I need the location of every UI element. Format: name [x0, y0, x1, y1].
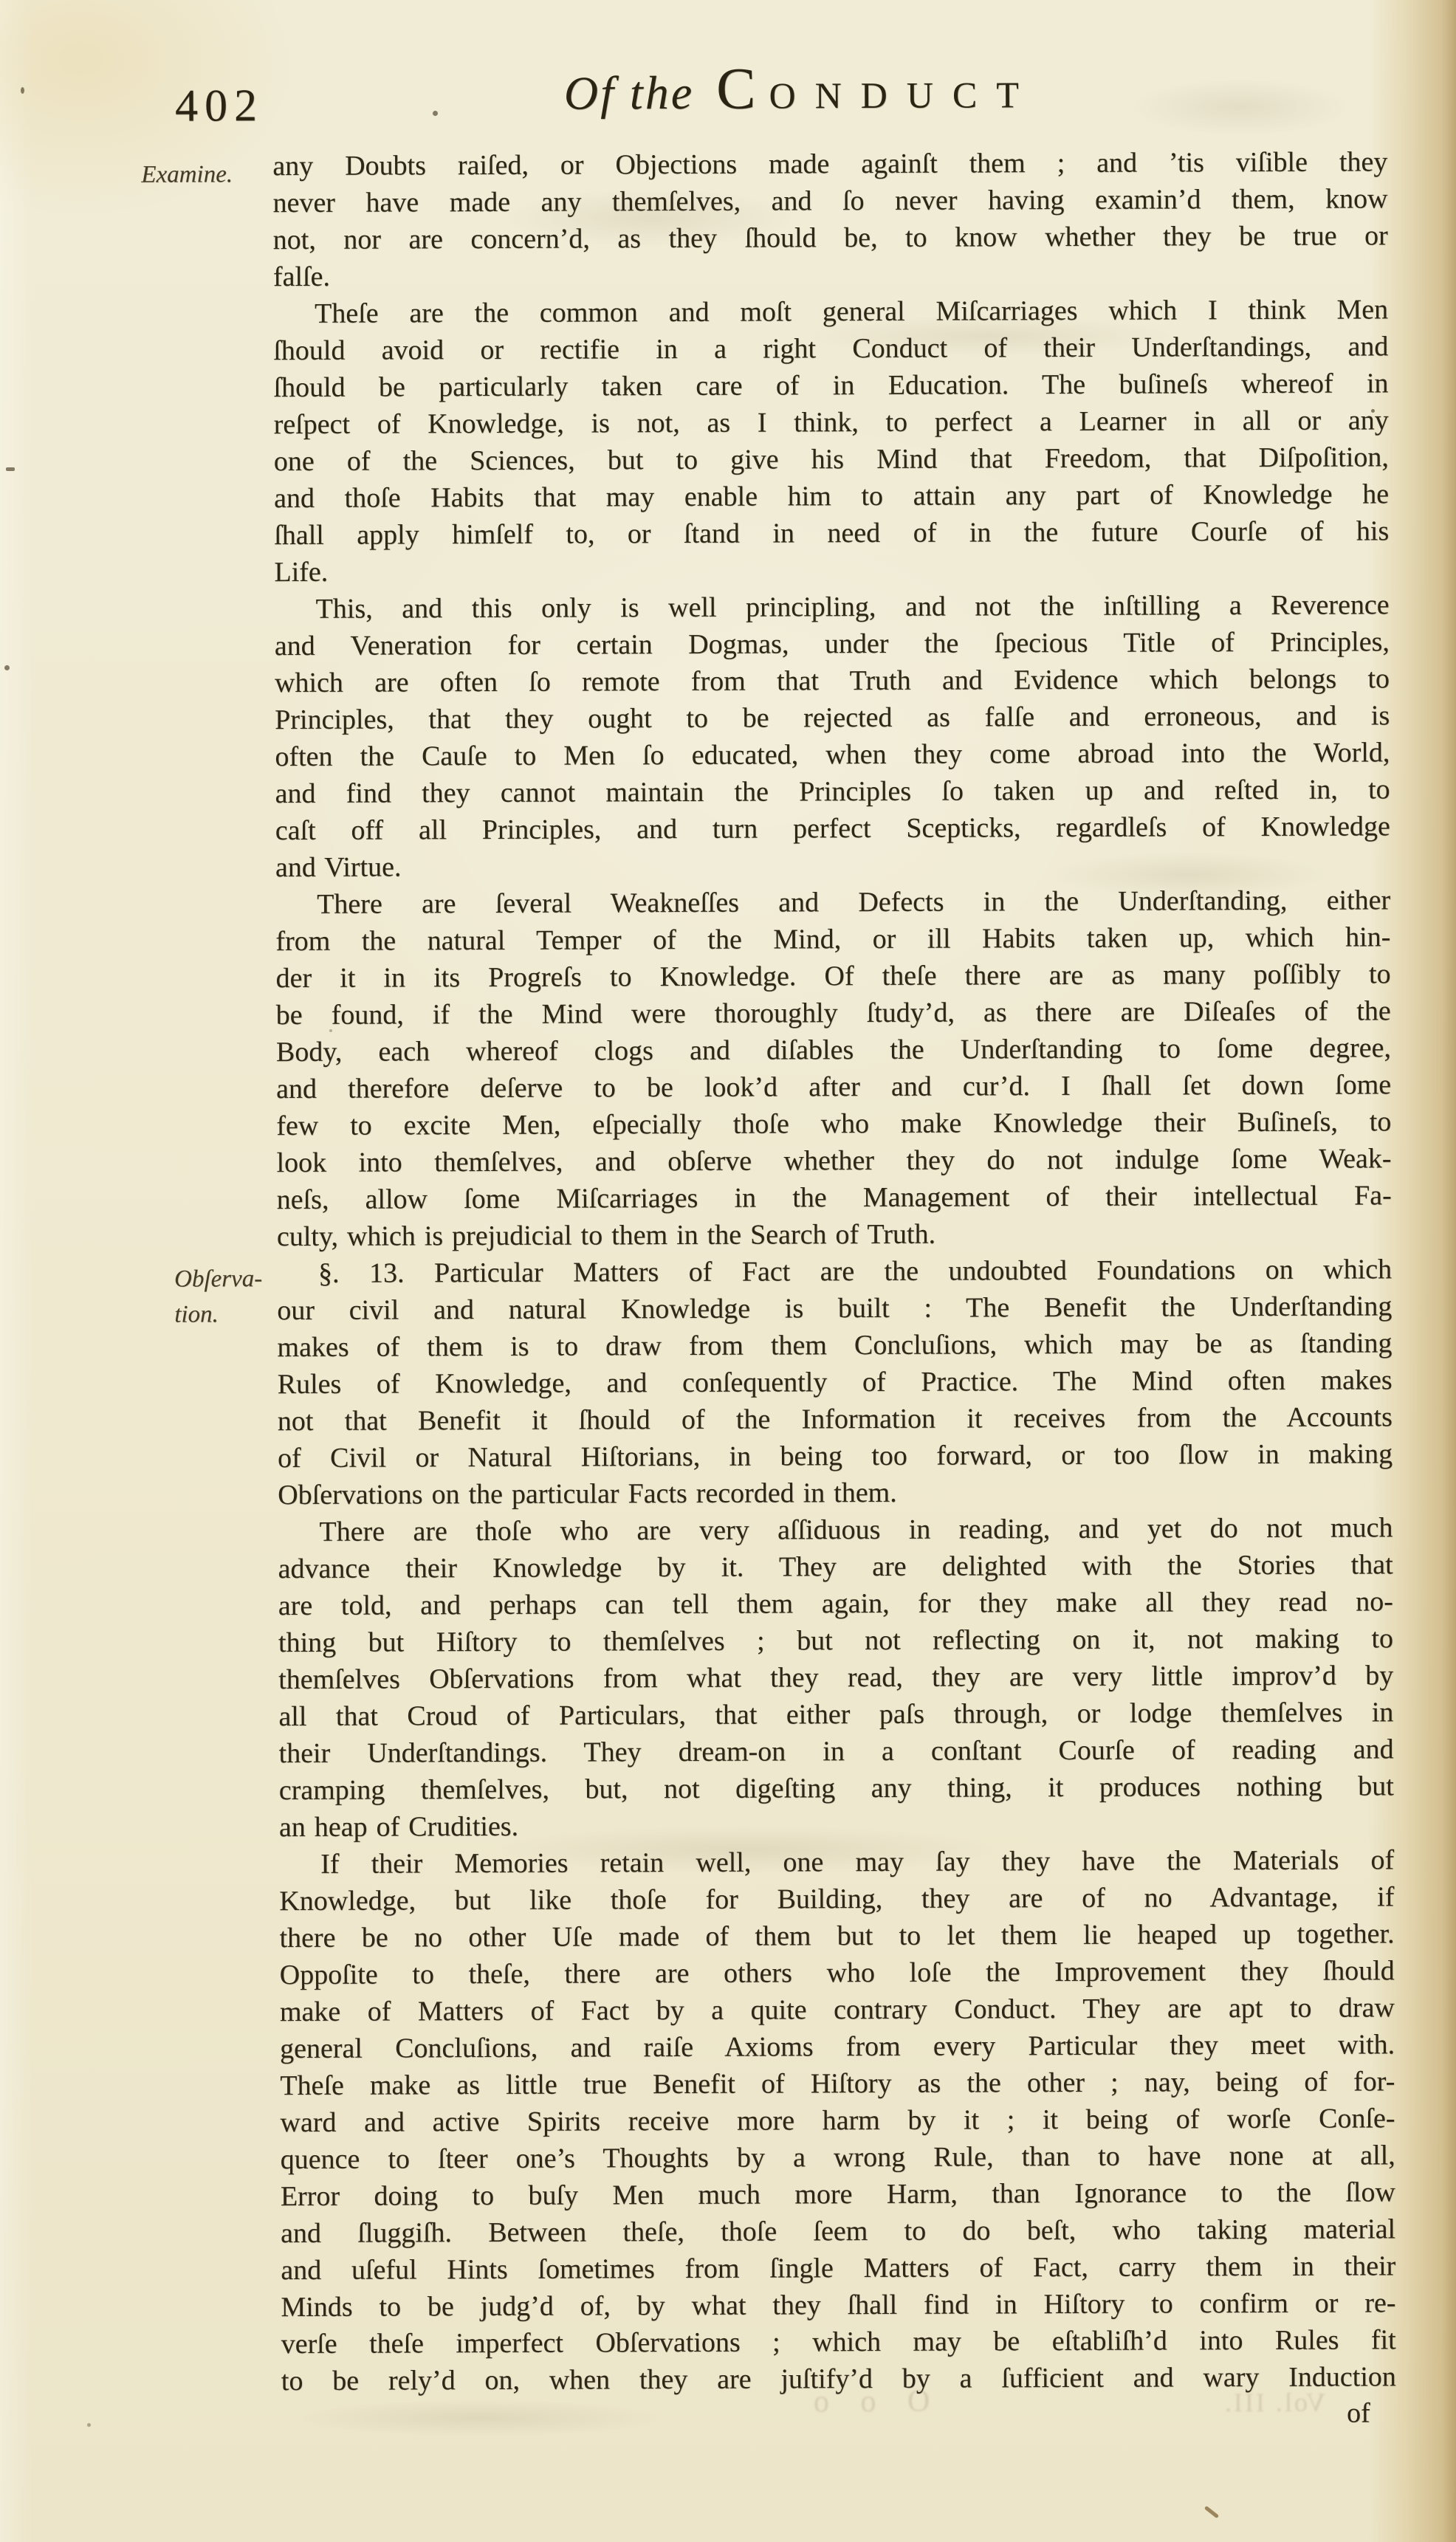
text-line: from the natural Temper of the Mind, or …	[275, 918, 1390, 960]
book-page: 402 Of theCONDUCT Examine. Obſerva-tion.…	[0, 0, 1456, 2542]
text-line: and Veneration for certain Dogmas, under…	[275, 623, 1390, 664]
paragraph: §. 13. Particular Matters of Fact are th…	[277, 1251, 1393, 1514]
text-line: der it in its Progreſs to Knowledge. Of …	[275, 955, 1390, 997]
text-line: Theſe are the common and moſt general Mi…	[273, 291, 1388, 332]
text-line: there be no other Uſe made of them but t…	[279, 1915, 1394, 1957]
text-line: and therefore deſerve to be look’d after…	[276, 1066, 1391, 1107]
text-line: few to excite Men, eſpecially thoſe who …	[276, 1103, 1391, 1144]
text-line: are told, and perhaps can tell them agai…	[278, 1583, 1393, 1624]
running-header: Of theCONDUCT	[564, 55, 1038, 123]
text-line: themſelves Obſervations from what they r…	[278, 1657, 1393, 1698]
text-line: neſs, allow ſome Miſcarriages in the Man…	[277, 1177, 1392, 1218]
margin-note-observation: Obſerva-tion.	[174, 1261, 263, 1332]
showthrough-signature-mark: O o o	[802, 2384, 930, 2420]
text-line: general Concluſions, and raiſe Axioms fr…	[280, 2026, 1395, 2067]
text-line: often the Cauſe to Men ſo educated, when…	[275, 734, 1390, 775]
page-number: 402	[175, 83, 264, 128]
paragraph: There are ſeveral Weakneſſes and Defects…	[275, 882, 1392, 1255]
text-line: and thoſe Habits that may enable him to …	[274, 475, 1389, 517]
text-line: look into themſelves, and obſerve whethe…	[276, 1140, 1391, 1181]
running-header-caps: CONDUCT	[716, 55, 1038, 123]
running-header-italic: Of the	[564, 66, 694, 120]
paragraph: There are thoſe who are very aſſiduous i…	[278, 1509, 1394, 1846]
text-line: This, and this only is well principling,…	[275, 586, 1390, 628]
text-line: There are ſeveral Weakneſſes and Defects…	[275, 882, 1390, 923]
text-line: quence to ſteer one’s Thoughts by a wron…	[281, 2137, 1395, 2178]
text-line: make of Matters of Fact by a quite contr…	[280, 1989, 1395, 2030]
text-line: ſhould be particularly taken care of in …	[273, 365, 1388, 406]
text-line: reſpect of Knowledge, is not, as I think…	[274, 402, 1389, 443]
text-line: Rules of Knowledge, and conſequently of …	[278, 1361, 1393, 1403]
paper-speck	[433, 111, 438, 116]
text-line: Theſe make as little true Benefit of Hiſ…	[280, 2063, 1395, 2104]
margin-note-line: Obſerva-	[174, 1261, 262, 1296]
text-line: ſhall apply himſelf to, or ſtand in need…	[274, 512, 1389, 554]
margin-note-examine: Examine.	[141, 157, 233, 192]
paper-speck	[4, 665, 10, 670]
paragraph: If their Memories retain well, one may ſ…	[279, 1841, 1396, 2400]
paper-speck	[329, 1029, 332, 1032]
paper-speck	[87, 2423, 91, 2427]
text-line: caſt off all Principles, and turn perfec…	[275, 808, 1390, 849]
text-line: ward and active Spirits receive more har…	[280, 2100, 1395, 2141]
text-line: Body, each whereof clogs and diſables th…	[276, 1029, 1391, 1071]
text-line: all that Croud of Particulars, that eith…	[278, 1694, 1393, 1735]
paragraph: any Doubts raiſed, or Objections made ag…	[272, 143, 1388, 295]
text-line: and find they cannot maintain the Princi…	[275, 771, 1390, 812]
text-line: Knowledge, but like thoſe for Building, …	[279, 1878, 1394, 1920]
text-line: any Doubts raiſed, or Objections made ag…	[272, 143, 1387, 185]
text-line: §. 13. Particular Matters of Fact are th…	[277, 1251, 1392, 1292]
margin-note-line: tion.	[174, 1296, 262, 1332]
catchword: of	[1347, 2397, 1370, 2429]
paper-speck	[6, 467, 15, 471]
text-line: makes of them is to draw from them Concl…	[277, 1325, 1392, 1366]
text-line: advance their Knowledge by it. They are …	[278, 1546, 1393, 1587]
text-line: be found, if the Mind were thoroughly ſt…	[276, 992, 1391, 1034]
page-text-column: any Doubts raiſed, or Objections made ag…	[272, 143, 1396, 2400]
text-line: thing but Hiſtory to themſelves ; but no…	[278, 1620, 1393, 1661]
paper-speck	[1371, 409, 1375, 413]
text-line: There are thoſe who are very aſſiduous i…	[278, 1509, 1393, 1550]
text-line: one of the Sciences, but to give his Min…	[274, 439, 1389, 480]
text-line: of Civil or Natural Hiſtorians, in being…	[278, 1435, 1393, 1477]
text-line: never have made any themſelves, and ſo n…	[272, 180, 1387, 221]
text-line: Error doing to buſy Men much more Harm, …	[281, 2174, 1395, 2215]
text-line: our civil and natural Knowledge is built…	[277, 1288, 1392, 1329]
text-line: Oppoſite to theſe, there are others who …	[280, 1952, 1395, 1993]
text-line: If their Memories retain well, one may ſ…	[279, 1841, 1394, 1883]
text-line: their Underſtandings. They dream-on in a…	[278, 1731, 1393, 1772]
text-line: not, nor are concern’d, as they ſhould b…	[273, 217, 1388, 258]
text-line: verſe theſe imperfect Obſervations ; whi…	[281, 2321, 1396, 2363]
text-line: Minds to be judg’d of, by what they ſhal…	[281, 2284, 1395, 2326]
text-line: Principles, that they ought to be reject…	[275, 697, 1390, 738]
text-line: ſhould avoid or rectifie in a right Cond…	[273, 328, 1388, 369]
text-line: not that Benefit it ſhould of the Inform…	[278, 1398, 1393, 1440]
text-line: which are often ſo remote from that Trut…	[275, 660, 1390, 701]
paragraph: Theſe are the common and moſt general Mi…	[273, 291, 1390, 591]
text-line: cramping themſelves, but, not digeſting …	[279, 1768, 1394, 1809]
paper-speck	[21, 87, 24, 94]
paragraph: This, and this only is well principling,…	[275, 586, 1391, 886]
text-line: and uſeful Hints ſometimes from ſingle M…	[281, 2247, 1395, 2289]
text-line: and ſluggiſh. Between theſe, thoſe ſeem …	[281, 2210, 1395, 2252]
showthrough-volume-mark: Vol. III.	[1223, 2387, 1325, 2419]
